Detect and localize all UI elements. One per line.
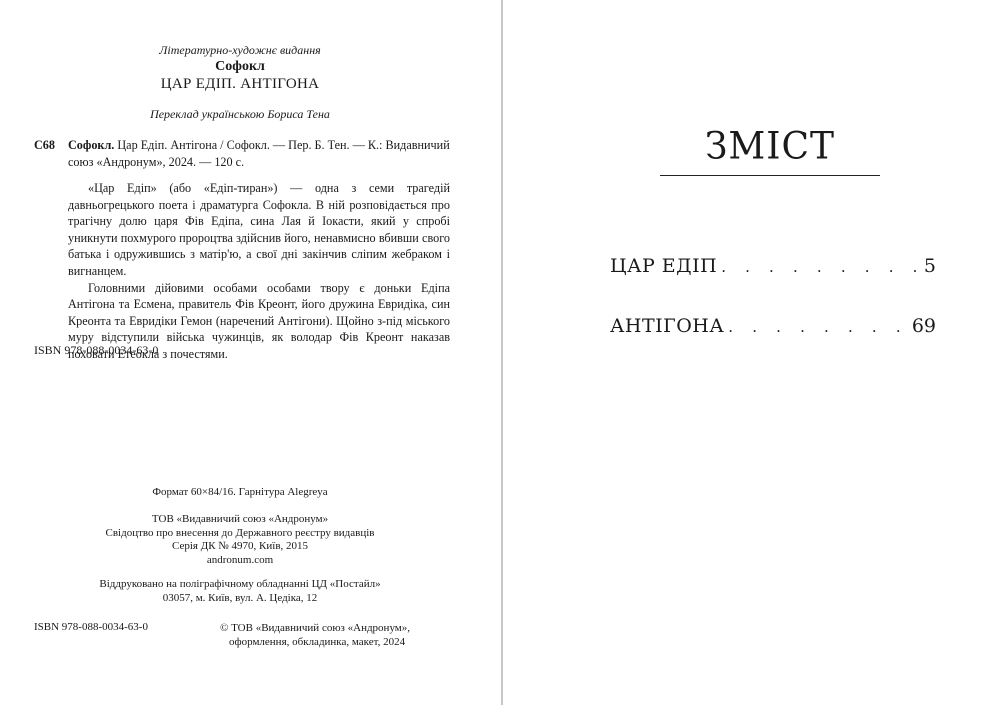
right-page-contents: ЗМІСТ ЦАР ЕДІП . . . . . . . . . . . . .… xyxy=(503,0,1006,705)
imprint-translator: Переклад українською Бориса Тена xyxy=(34,107,446,122)
publisher-info: ТОВ «Видавничий союз «Андронум» Свідоцтв… xyxy=(34,513,446,567)
library-code: С68 xyxy=(34,137,55,154)
toc-dot-leader: . . . . . . . . . . . . . . . . . . . . … xyxy=(721,258,920,276)
toc-dot-leader: . . . . . . . . . . . . . . . . . . . . … xyxy=(728,318,908,336)
footer-isbn: ISBN 978-088-0034-63-0 xyxy=(34,621,148,633)
toc-page-number: 5 xyxy=(924,255,936,277)
toc-entry[interactable]: АНТІГОНА . . . . . . . . . . . . . . . .… xyxy=(610,315,936,337)
copyright-notice: © ТОВ «Видавничий союз «Андронум», оформ… xyxy=(220,621,410,649)
bibliographic-text: Софокл. Цар Едіп. Антігона / Софокл. — П… xyxy=(68,137,454,171)
left-page-copyright: Літературно-художнє видання Софокл ЦАР Е… xyxy=(0,0,501,705)
toc-title-rule xyxy=(660,175,880,176)
printer-info: Віддруковано на поліграфічному обладнанн… xyxy=(34,578,446,605)
publisher-line: Серія ДК № 4970, Київ, 2015 xyxy=(34,540,446,554)
annotation-paragraph: «Цар Едіп» (або «Едіп-тиран») — одна з с… xyxy=(68,180,450,280)
imprint-author: Софокл xyxy=(34,59,446,75)
annotation: «Цар Едіп» (або «Едіп-тиран») — одна з с… xyxy=(68,180,450,363)
printer-address: 03057, м. Київ, вул. А. Цедіка, 12 xyxy=(34,592,446,606)
toc-title: ЗМІСТ xyxy=(660,125,880,168)
bibliographic-details: Цар Едіп. Антігона / Софокл. — Пер. Б. Т… xyxy=(68,138,450,169)
copyright-line: оформлення, обкладинка, макет, 2024 xyxy=(220,635,410,649)
toc-entry[interactable]: ЦАР ЕДІП . . . . . . . . . . . . . . . .… xyxy=(610,255,936,277)
publisher-website: andronum.com xyxy=(34,554,446,568)
toc-entry-title: АНТІГОНА xyxy=(610,315,724,337)
publisher-line: ТОВ «Видавничий союз «Андронум» xyxy=(34,513,446,527)
printer-line: Віддруковано на поліграфічному обладнанн… xyxy=(34,578,446,592)
imprint-kind: Літературно-художнє видання xyxy=(34,43,446,58)
copyright-line: © ТОВ «Видавничий союз «Андронум», xyxy=(220,621,410,635)
publisher-line: Свідоцтво про внесення до Державного реє… xyxy=(34,527,446,541)
book-spread: Літературно-художнє видання Софокл ЦАР Е… xyxy=(0,0,1006,705)
bibliographic-entry: С68 Софокл. Цар Едіп. Антігона / Софокл.… xyxy=(34,137,454,171)
toc-page-number: 69 xyxy=(912,315,936,337)
toc-entry-title: ЦАР ЕДІП xyxy=(610,255,717,277)
isbn: ISBN 978-088-0034-63-0 xyxy=(34,343,158,358)
imprint-title: ЦАР ЕДІП. АНТІГОНА xyxy=(34,76,446,93)
format-line: Формат 60×84/16. Гарнітура Alegreya xyxy=(34,486,446,500)
bibliographic-author: Софокл. xyxy=(68,138,114,152)
